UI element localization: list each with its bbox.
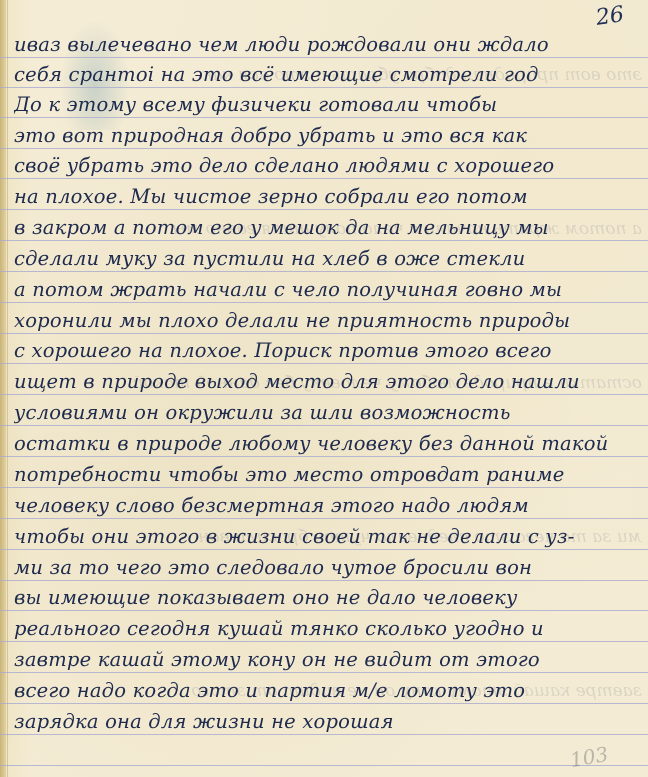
notebook-page: это вот природная добро убрать и это вся… (0, 0, 648, 777)
handwritten-line: на плохое. Мы чистое зерно собрали его п… (14, 184, 642, 214)
handwritten-line: иваз вылечевано чем люди рождовали они ж… (14, 32, 642, 62)
handwritten-line: условиями он окружили за шли возможность (14, 400, 642, 430)
handwritten-line: вы имеющие показывает оно не дало челове… (14, 585, 642, 615)
handwritten-line: это вот природная добро убрать и это вся… (14, 123, 642, 153)
handwritten-line: ищет в природе выход место для этого дел… (14, 369, 642, 399)
handwritten-line: себя срантоі на это всё имеющие смотрели… (14, 62, 642, 92)
handwritten-line: хоронили мы плохо делали не приятность п… (14, 308, 642, 338)
handwritten-line: реального сегодня кушай тянко сколько уг… (14, 616, 642, 646)
ruled-line (0, 765, 648, 766)
handwritten-line: потребности чтобы это место отровдат ран… (14, 462, 642, 492)
handwritten-line: зарядка она для жизни не хорошая (14, 709, 642, 739)
handwritten-line: своё убрать это дело сделано людями с хо… (14, 153, 642, 183)
handwritten-line: остатки в природе любому человеку без да… (14, 431, 642, 461)
handwritten-line: всего надо когда это и партия м/е ломоту… (14, 678, 642, 708)
faint-corner-mark: 103 (568, 742, 610, 772)
handwritten-line: До к этому всему физичеки готовали чтобы (14, 92, 642, 122)
handwritten-line: с хорошего на плохое. Пориск против этог… (14, 338, 642, 368)
handwritten-line: сделали муку за пустили на хлеб в оже ст… (14, 246, 642, 276)
handwritten-line: в закром а потом его у мешок да на мельн… (14, 215, 642, 245)
page-number: 26 (594, 2, 625, 31)
handwritten-line: чтобы они этого в жизни своей так не дел… (14, 524, 642, 554)
handwritten-line: ми за то чего это следовало чутое бросил… (14, 555, 642, 585)
handwritten-line: человеку слово безсмертная этого надо лю… (14, 493, 642, 523)
handwritten-line: завтре кашай этому кону он не видит от э… (14, 647, 642, 677)
handwritten-line: а потом жрать начали с чело получиная го… (14, 277, 642, 307)
